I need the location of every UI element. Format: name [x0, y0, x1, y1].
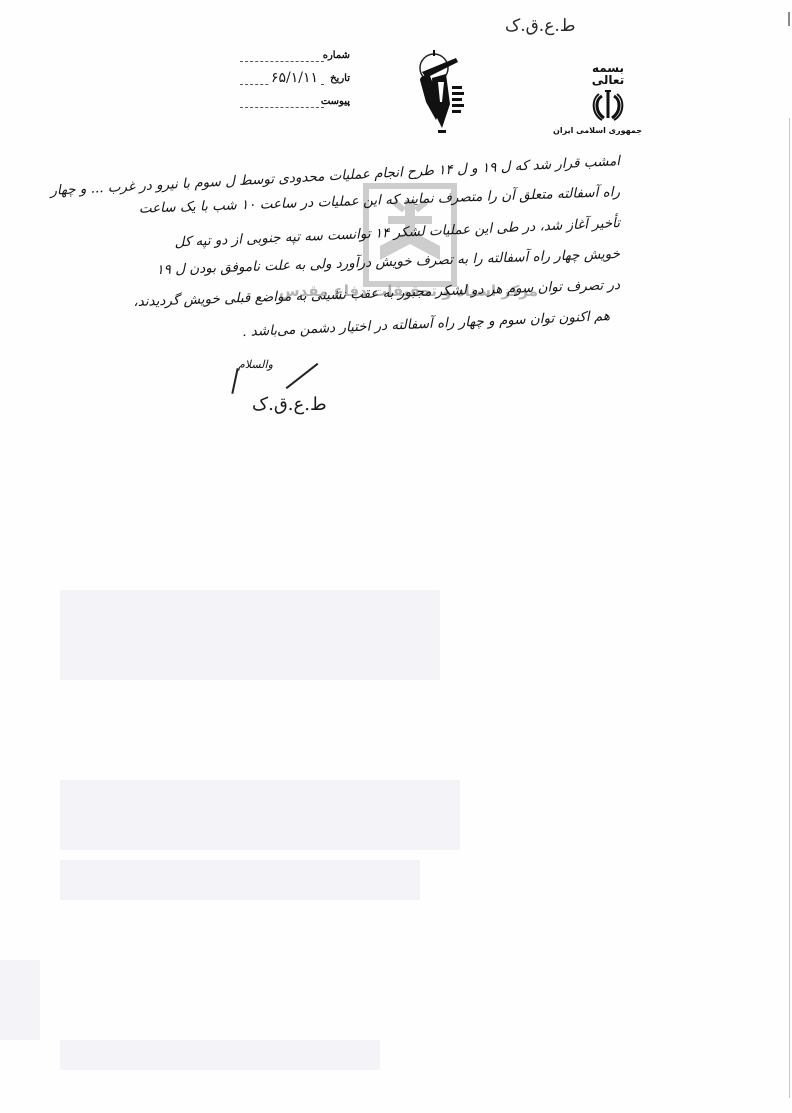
- letter-body: امشب قرار شد که ل ۱۹ و ل ۱۴ طرح انجام عم…: [180, 146, 620, 332]
- field-date-value: ۶۵/۱/۱۱: [269, 70, 320, 86]
- signature: ط.ع.ق.ک: [252, 394, 327, 415]
- field-number-line: [240, 61, 324, 62]
- bleed-through-mark: [0, 960, 40, 1040]
- field-attachment-line: [240, 107, 324, 108]
- field-number-label: شماره: [323, 50, 350, 61]
- field-date-label: تاریخ: [330, 73, 350, 84]
- iran-emblem-icon: [592, 88, 624, 122]
- scan-edge-mark: [788, 12, 790, 26]
- irgc-logo-icon: [412, 46, 470, 136]
- closing-flourish: [231, 368, 238, 394]
- scan-edge-line: [789, 118, 790, 1098]
- reference-code: ط.ع.ق.ک: [505, 16, 575, 36]
- bleed-through-mark: [60, 780, 460, 850]
- field-attachment: پیوست: [240, 96, 350, 119]
- document-page: ط.ع.ق.ک بسمه تعالی جمهوری اسلامی ایران ش…: [0, 0, 792, 1113]
- field-date: تاریخ ۶۵/۱/۱۱: [240, 73, 350, 96]
- bleed-through-mark: [60, 1040, 380, 1070]
- bleed-through-mark: [60, 590, 440, 680]
- letter-header-fields: شماره تاریخ ۶۵/۱/۱۱ پیوست: [240, 50, 350, 119]
- bismillah-heading: بسمه تعالی: [583, 62, 633, 86]
- bleed-through-mark: [60, 860, 420, 900]
- republic-label: جمهوری اسلامی ایران: [576, 126, 642, 135]
- closing-salutation: والسلام: [238, 358, 273, 371]
- field-attachment-label: پیوست: [321, 96, 350, 107]
- signature-flourish: [286, 363, 319, 389]
